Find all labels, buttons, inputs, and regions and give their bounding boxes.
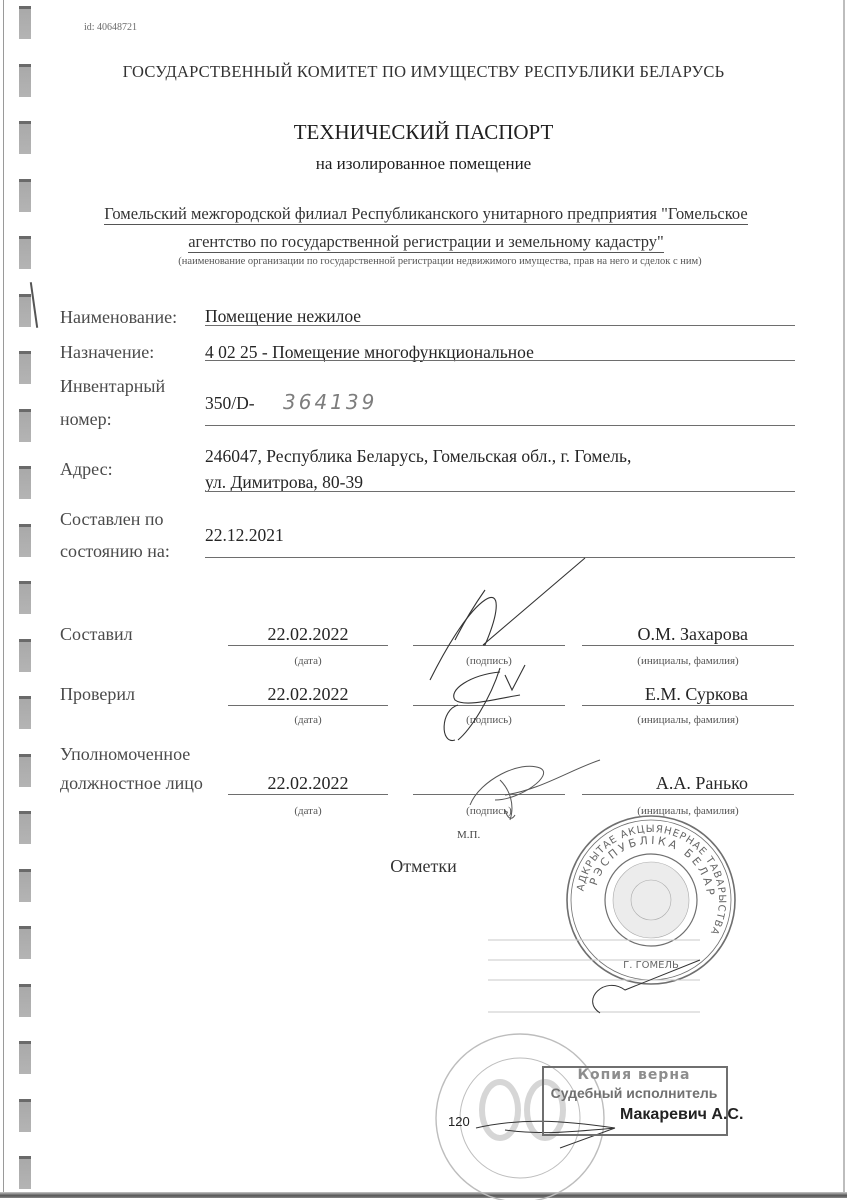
date-authorized: 22.02.2022 [228,773,388,794]
organization-caption: (наименование организации по государстве… [60,256,820,267]
binder-hole-mark [19,581,31,614]
binder-hole-mark [19,639,31,672]
address-line-1: 246047, Республика Беларусь, Гомельская … [205,446,631,467]
page-number: 120 [448,1114,470,1129]
date-checked: 22.02.2022 [228,684,388,705]
signature-rule [413,645,565,646]
inventory-rule [205,425,795,426]
date-caption: (дата) [228,805,388,817]
address-rule [205,491,795,492]
role-authorized-1: Уполномоченное [60,744,190,765]
binder-hole-mark [19,754,31,787]
inventory-label-2: номер: [60,402,112,436]
signature-2-icon [444,665,525,740]
name-label: Наименование: [60,300,177,334]
binder-hole-mark [19,524,31,557]
binder-hole-mark [19,351,31,384]
binder-hole-mark [19,294,31,327]
signature-rule [413,705,565,706]
stamp-copy-true: Копия верна [542,1067,726,1083]
signature-caption: (подпись) [413,714,565,726]
organization-line-1: Гомельский межгородской филиал Республик… [90,204,762,224]
signature-rule [413,794,565,795]
document-id: id: 40648721 [84,22,137,33]
svg-text:Г. ГОМЕЛЬ: Г. ГОМЕЛЬ [623,960,679,971]
state-date-rule [205,557,795,558]
binder-hole-mark [19,1156,31,1189]
svg-text:АДКРЫТАЕ АКЦЫЯНЕРНАЕ ТАВАРЫСТВ: АДКРЫТАЕ АКЦЫЯНЕРНАЕ ТАВАРЫСТВА [576,824,727,937]
purpose-rule [205,360,795,361]
organization-line-2: агентство по государственной регистрации… [90,232,762,252]
state-date-label-2: состоянию на: [60,534,170,568]
binder-hole-mark [19,1099,31,1132]
binder-hole-mark [19,6,31,39]
document-subtitle: на изолированное помещение [0,154,847,174]
stamp-bailiff-name: Макаревич А.С. [620,1106,743,1124]
stamp-bailiff-title: Судебный исполнитель [542,1085,726,1101]
page-edge-right [843,0,845,1196]
date-rule [228,794,388,795]
name-rule [582,705,794,706]
inventory-prefix: 350/D- [205,393,255,414]
name-caption: (инициалы, фамилия) [582,655,794,667]
binder-hole-mark [19,409,31,442]
name-caption: (инициалы, фамилия) [582,805,794,817]
role-compiled: Составил [60,624,133,645]
seal-place-label: М.П. [457,829,480,841]
committee-heading: ГОСУДАРСТВЕННЫЙ КОМИТЕТ ПО ИМУЩЕСТВУ РЕС… [0,62,847,82]
binder-hole-mark [19,926,31,959]
round-seal-icon [567,816,735,984]
pen-scratch [30,282,38,328]
state-date-value: 22.12.2021 [205,525,284,546]
date-rule [228,705,388,706]
name-caption: (инициалы, фамилия) [582,714,794,726]
date-rule [228,645,388,646]
role-authorized-2: должностное лицо [60,773,203,794]
marks-heading: Отметки [0,856,847,877]
name-authorized: А.А. Ранько [538,773,748,794]
name-value: Помещение нежилое [205,306,361,327]
binder-hole-mark [19,696,31,729]
name-compiled: О.М. Захарова [538,624,748,645]
name-rule [582,794,794,795]
address-line-2: ул. Димитрова, 80-39 [205,472,363,493]
ink-graphics: АДКРЫТАЕ АКЦЫЯНЕРНАЕ ТАВАРЫСТВА РЭСПУБЛІ… [0,0,847,1200]
role-checked: Проверил [60,684,135,705]
date-caption: (дата) [228,714,388,726]
state-date-label-1: Составлен по [60,502,164,536]
inventory-handwritten-number: 364139 [283,390,377,414]
name-rule [582,645,794,646]
binder-hole-mark [19,466,31,499]
binder-hole-mark [19,236,31,269]
date-caption: (дата) [228,655,388,667]
document-title: ТЕХНИЧЕСКИЙ ПАСПОРТ [0,120,847,145]
binder-hole-mark [19,984,31,1017]
page-edge-left [3,0,4,1196]
purpose-label: Назначение: [60,335,154,369]
binder-hole-mark [19,1041,31,1074]
page-edge-bottom [0,1192,847,1198]
signature-caption: (подпись) [413,655,565,667]
signature-caption: (подпись) [413,805,565,817]
name-checked: Е.М. Суркова [538,684,748,705]
date-compiled: 22.02.2022 [228,624,388,645]
binder-hole-mark [19,811,31,844]
name-rule [205,325,795,326]
binder-hole-mark [19,179,31,212]
inventory-label-1: Инвентарный [60,369,165,403]
address-label: Адрес: [60,452,113,486]
